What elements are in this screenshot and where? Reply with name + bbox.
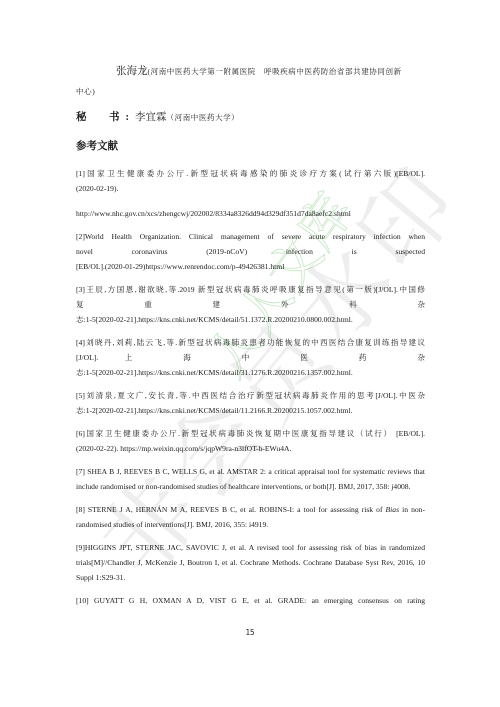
secretary-label: 秘 书: (76, 112, 135, 123)
reference-line: (2020-02-19). (76, 181, 425, 196)
reference-line: 志:1-5[2020-02-21].https://kns.cnki.net/K… (76, 312, 425, 327)
page-number: 15 (0, 628, 500, 637)
secretary-line: 秘 书:李宜霖（河南中医药大学） (76, 110, 425, 126)
reference-line: [1]国家卫生健康委办公厅.新型冠状病毒感染的肺炎诊疗方案(试行第六版)[EB/… (76, 166, 425, 181)
reference-9: [9]HIGGINS JPT, STERNE JAC, SAVOVIC J, e… (76, 540, 425, 585)
reference-4: [4]刘晓丹,刘莉,陆云飞,等.新型冠状病毒肺炎患者功能恢复的中西医结合康复训练… (76, 335, 425, 380)
secretary-affiliation: （河南中医药大学） (167, 113, 240, 122)
secretary-name: 李宜霖 (135, 112, 167, 123)
reference-text: [8] STERNE J A, HERNÁN M A, REEVES B C, … (76, 505, 386, 514)
reference-8: [8] STERNE J A, HERNÁN M A, REEVES B C, … (76, 502, 425, 532)
reference-line: 志:1-2[2020-02-21].https://kns.cnki.net/K… (76, 403, 425, 418)
references-heading: 参考文献 (76, 140, 425, 154)
reference-line: [5]刘清泉,夏文广,安长青,等.中西医结合治疗新型冠状病毒肺炎作用的思考[J/… (76, 388, 425, 403)
reference-2: [2]World Health Organization. Clinical m… (76, 229, 425, 274)
reference-line: [6]国家卫生健康委办公厅.新型冠状病毒肺炎恢复期中医康复指导建议（试行） [E… (76, 426, 425, 441)
reference-1: [1]国家卫生健康委办公厅.新型冠状病毒感染的肺炎诊疗方案(试行第六版)[EB/… (76, 166, 425, 221)
reference-10: [10] GUYATT G H, OXMAN A D, VIST G E, et… (76, 593, 425, 608)
page-content: 张海龙(河南中医药大学第一附属医院 呼吸疾病中医药防治省部共建协同创新 中心) … (76, 62, 425, 616)
reference-line: novel coronavirus (2019-nCoV) infection … (76, 244, 425, 259)
author-affiliation: (河南中医药大学第一附属医院 呼吸疾病中医药防治省部共建协同创新 (148, 67, 402, 76)
reference-italic: Bias (386, 505, 400, 514)
reference-line: 复 重 建 外 科 杂 (76, 297, 425, 312)
reference-line: [EB/OL].(2020-01-29)https://www.renrendo… (76, 259, 425, 274)
author-line: 张海龙(河南中医药大学第一附属医院 呼吸疾病中医药防治省部共建协同创新 中心) (76, 62, 425, 102)
author-affiliation-cont: 中心) (76, 82, 425, 102)
reference-5: [5]刘清泉,夏文广,安长青,等.中西医结合治疗新型冠状病毒肺炎作用的思考[J/… (76, 388, 425, 418)
reference-line: (2020-02-22). https://mp.weixin.qq.com/s… (76, 441, 425, 456)
reference-url: http://www.nhc.gov.cn/xcs/zhengcwj/20200… (76, 206, 425, 221)
reference-6: [6]国家卫生健康委办公厅.新型冠状病毒肺炎恢复期中医康复指导建议（试行） [E… (76, 426, 425, 456)
reference-3: [3]王辰,方国恩,谢欲晓,等.2019 新型冠状病毒肺炎呼吸康复指导意见(第一… (76, 282, 425, 327)
reference-line: [J/OL]. 上 海 中 医 药 杂 (76, 350, 425, 365)
reference-line: [3]王辰,方国恩,谢欲晓,等.2019 新型冠状病毒肺炎呼吸康复指导意见(第一… (76, 282, 425, 297)
reference-line: [4]刘晓丹,刘莉,陆云飞,等.新型冠状病毒肺炎患者功能恢复的中西医结合康复训练… (76, 335, 425, 350)
document-page: 非会员水印 人人文库 张海龙(河南中医药大学第一附属医院 呼吸疾病中医药防治省部… (0, 0, 500, 707)
author-name: 张海龙 (116, 66, 148, 77)
reference-7: [7] SHEA B J, REEVES B C, WELLS G, et al… (76, 464, 425, 494)
reference-line: [2]World Health Organization. Clinical m… (76, 229, 425, 244)
reference-line: 志:1-5[2020-02-21].https://kns.cnki.net/K… (76, 365, 425, 380)
